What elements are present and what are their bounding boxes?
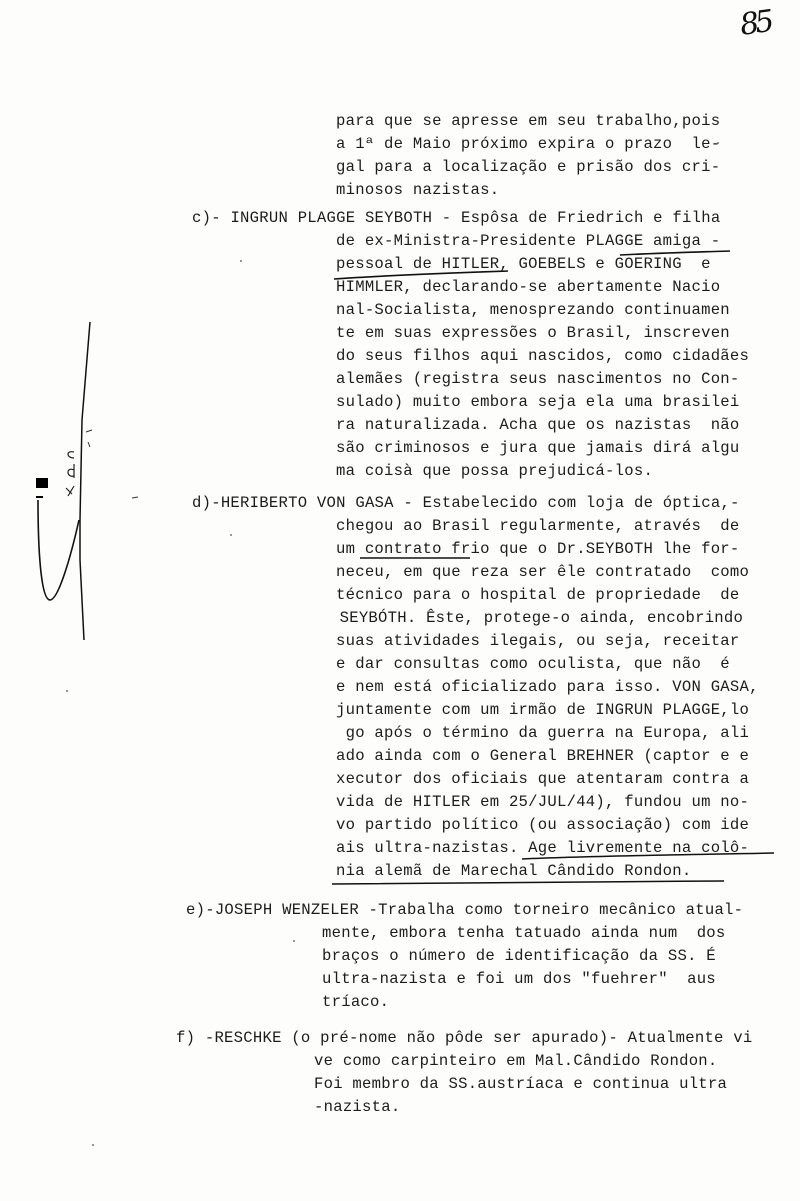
scan-speck xyxy=(293,940,295,942)
person-name: INGRUN PLAGGE SEYBOTH xyxy=(230,209,432,227)
text-line: gal para a localização e prisão dos cri- xyxy=(336,157,720,177)
text-line: braços o número de identificação da SS. … xyxy=(322,946,716,966)
typed-underlines xyxy=(330,550,780,910)
text-line: tríaco. xyxy=(322,992,389,1012)
text-line: a 1ª de Maio próximo expira o prazo le- xyxy=(336,134,720,154)
text-line: -nazista. xyxy=(314,1097,400,1117)
document-page: 85 c d y para que se apresse em seu trab… xyxy=(0,0,800,1201)
entry-description: - Estabelecido com loja de óptica,- xyxy=(394,494,740,512)
text-line: para que se apresse em seu trabalho,pois xyxy=(336,111,720,131)
text-line: ma coisà que possa prejudicá-los. xyxy=(336,461,653,481)
text-line: ra naturalizada. Acha que os nazistas nã… xyxy=(336,415,740,435)
text-line: chegou ao Brasil regularmente, através d… xyxy=(336,516,740,536)
entry-marker: f) - xyxy=(176,1029,214,1047)
text-line: ve como carpinteiro em Mal.Cândido Rondo… xyxy=(314,1051,718,1071)
handwritten-page-number: 85 xyxy=(738,4,773,43)
entry-description: -Trabalha como torneiro mecânico atual- xyxy=(359,901,743,919)
text-line: alemães (registra seus nascimentos no Co… xyxy=(336,369,740,389)
scan-speck xyxy=(66,690,68,692)
entry-description: - Espôsa de Friedrich e filha xyxy=(432,209,720,227)
person-name: HERIBERTO VON GASA xyxy=(221,494,394,512)
entry-heading: e)-JOSEPH WENZELER -Trabalha como tornei… xyxy=(186,900,743,920)
text-line: do seus filhos aqui nascidos, como cidad… xyxy=(336,346,749,366)
handwritten-underline xyxy=(330,245,750,285)
text-line: mente, embora tenha tatuado ainda num do… xyxy=(322,923,726,943)
text-line: Foi membro da SS.austríaca e continua ul… xyxy=(314,1074,727,1094)
entry-heading: d)-HERIBERTO VON GASA - Estabelecido com… xyxy=(192,493,740,513)
person-name: JOSEPH WENZELER xyxy=(215,901,359,919)
text-line: nal-Socialista, menosprezando continuame… xyxy=(336,300,730,320)
person-name: RESCHKE xyxy=(214,1029,281,1047)
text-line: te em suas expressões o Brasil, inscreve… xyxy=(336,323,730,343)
entry-marker: c)- xyxy=(192,209,221,227)
text-line: são criminosos e jura que jamais dirá al… xyxy=(336,438,740,458)
text-line: minosos nazistas. xyxy=(336,180,499,200)
entry-heading: c)- INGRUN PLAGGE SEYBOTH - Espôsa de Fr… xyxy=(192,208,720,228)
entry-marker: d)- xyxy=(192,494,221,512)
text-line: ultra-nazista e foi um dos "fuehrer" aus xyxy=(322,969,716,989)
scan-speck xyxy=(92,1144,94,1146)
entry-marker: e)- xyxy=(186,901,215,919)
entry-heading: f) -RESCHKE (o pré-nome não pôde ser apu… xyxy=(176,1028,752,1048)
entry-description: (o pré-nome não pôde ser apurado)- Atual… xyxy=(282,1029,753,1047)
scan-speck xyxy=(717,142,719,144)
scan-speck xyxy=(240,260,242,262)
scan-speck xyxy=(230,534,232,536)
margin-annotation-mark xyxy=(0,0,160,700)
text-line: sulado) muito embora seja ela uma brasil… xyxy=(336,392,740,412)
